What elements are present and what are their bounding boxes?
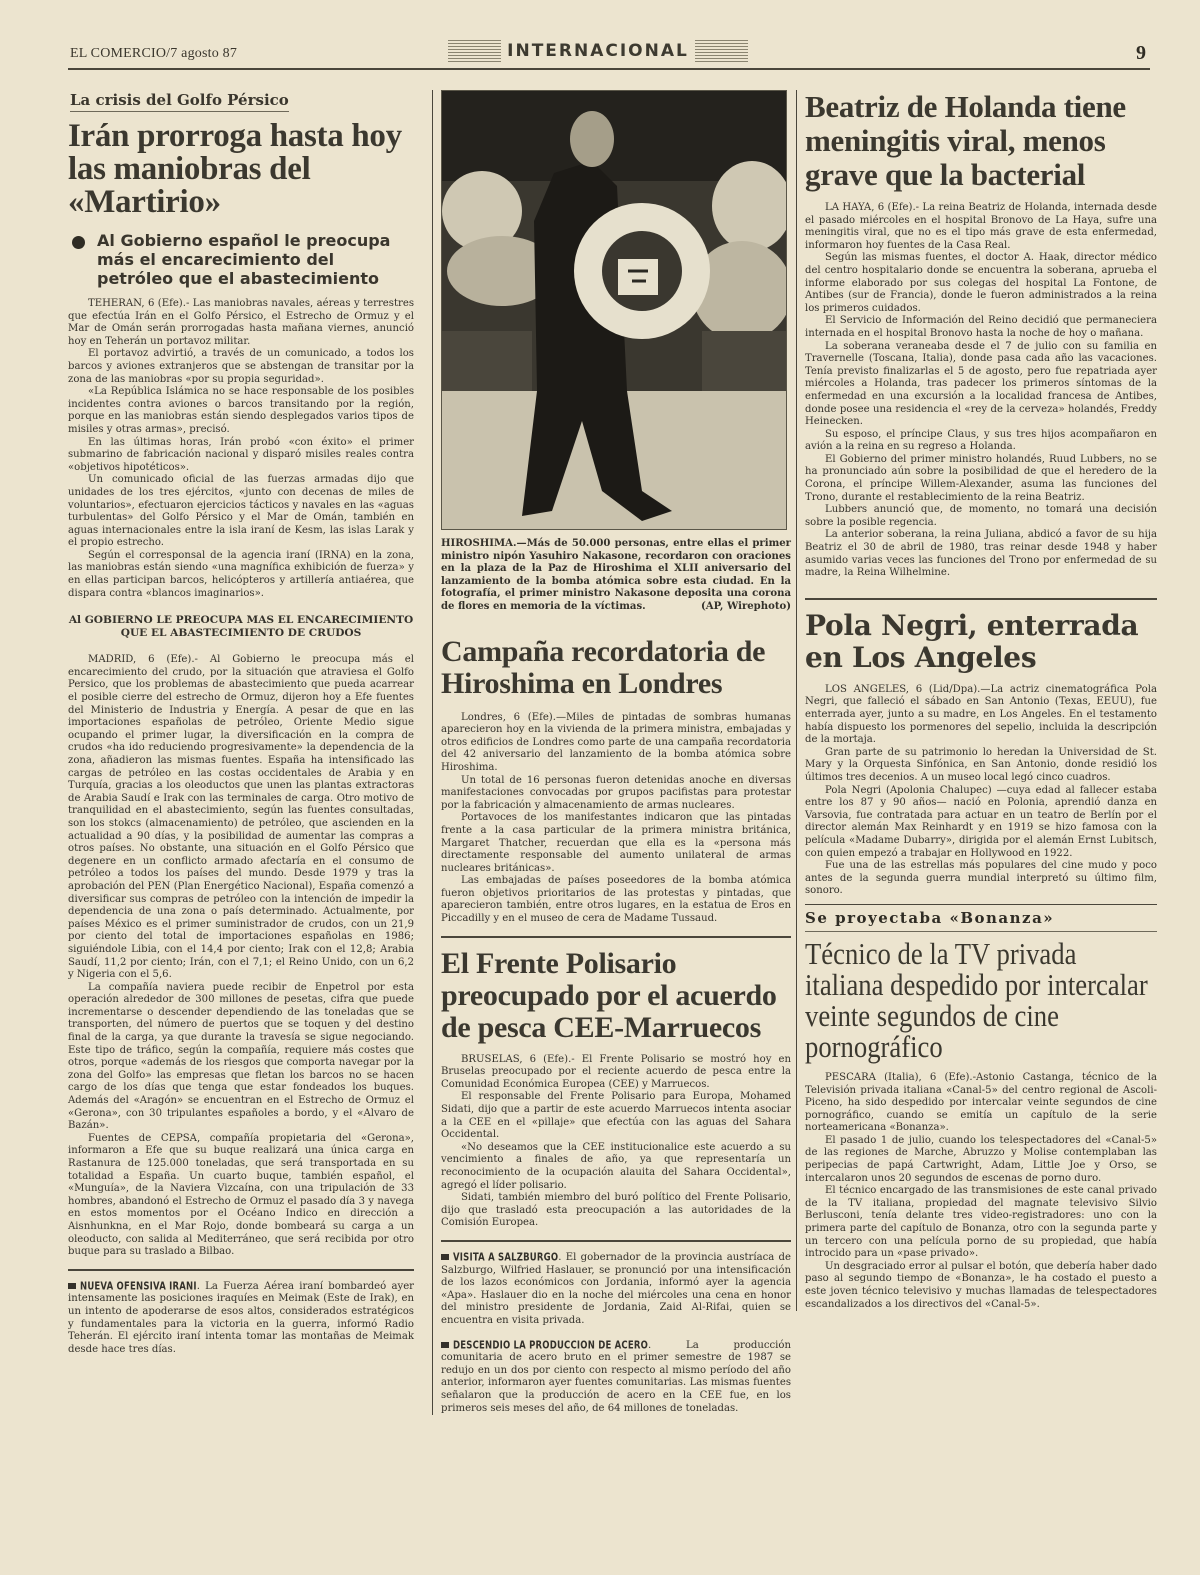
- photo-caption: HIROSHIMA.—Más de 50.000 personas, entre…: [441, 538, 791, 614]
- article-body-polisario: BRUSELAS, 6 (Efe).- El Frente Polisario …: [441, 1054, 791, 1230]
- middle-column: HIROSHIMA.—Más de 50.000 personas, entre…: [432, 90, 791, 1415]
- bullet-icon: [72, 236, 85, 249]
- square-bullet-icon: [441, 1342, 449, 1348]
- square-bullet-icon: [441, 1254, 449, 1260]
- paragraph: PESCARA (Italia), 6 (Efe).-Astonio Casta…: [805, 1072, 1157, 1135]
- left-column: La crisis del Golfo Pérsico Irán prorrog…: [68, 90, 414, 1356]
- right-column: Beatriz de Holanda tiene meningitis vira…: [796, 90, 1157, 1311]
- paragraph: El portavoz advirtió, a través de un com…: [68, 348, 414, 386]
- photo-image: [442, 91, 786, 529]
- paragraph: El técnico encargado de las transmisione…: [805, 1185, 1157, 1261]
- paragraph: Fuentes de CEPSA, compañía propietaria d…: [68, 1133, 414, 1259]
- paragraph: BRUSELAS, 6 (Efe).- El Frente Polisario …: [441, 1054, 791, 1092]
- kicker-golfo: La crisis del Golfo Pérsico: [70, 91, 289, 112]
- brief-label: NUEVA OFENSIVA IRANI: [80, 1279, 197, 1294]
- paragraph: MADRID, 6 (Efe).- Al Gobierno le preocup…: [68, 654, 414, 981]
- paragraph: Según las mismas fuentes, el doctor A. H…: [805, 252, 1157, 315]
- paragraph: Un total de 16 personas fueron detenidas…: [441, 775, 791, 813]
- paragraph: Las embajadas de países poseedores de la…: [441, 875, 791, 925]
- kicker-bonanza: Se proyectaba «Bonanza»: [805, 904, 1157, 932]
- newspaper-page: EL COMERCIO/7 agosto 87 INTERNACIONAL 9 …: [68, 38, 1150, 70]
- paragraph: Pola Negri (Apolonia Chalupec) —cuya eda…: [805, 785, 1157, 861]
- paragraph: TEHERAN, 6 (Efe).- Las maniobras navales…: [68, 298, 414, 348]
- brief-label: DESCENDIO LA PRODUCCION DE ACERO: [453, 1338, 648, 1353]
- brief-label: VISITA A SALZBURGO: [453, 1251, 558, 1266]
- divider: [441, 1240, 791, 1242]
- paragraph: Lubbers anunció que, de momento, no toma…: [805, 504, 1157, 529]
- page-number: 9: [1136, 42, 1146, 65]
- paragraph: LA HAYA, 6 (Efe).- La reina Beatriz de H…: [805, 202, 1157, 252]
- paper-date: EL COMERCIO/7 agosto 87: [70, 46, 237, 62]
- headline-tv-privada: Técnico de la TV privada italiana desped…: [805, 938, 1156, 1062]
- square-bullet-icon: [68, 1283, 76, 1289]
- brief-nueva-ofensiva: NUEVA OFENSIVA IRANI. La Fuerza Aérea ir…: [68, 1281, 414, 1357]
- article-body-iran: TEHERAN, 6 (Efe).- Las maniobras navales…: [68, 298, 414, 1259]
- paragraph: Gran parte de su patrimonio lo heredan l…: [805, 747, 1157, 785]
- paragraph: «La República Islámica no se hace respon…: [68, 386, 414, 436]
- divider: [805, 598, 1157, 600]
- paragraph: Londres, 6 (Efe).—Miles de pintadas de s…: [441, 712, 791, 775]
- headline-hiroshima: Campaña recordatoria de Hiroshima en Lon…: [441, 636, 791, 700]
- divider: [441, 936, 791, 938]
- headline-iran: Irán prorroga hasta hoy las maniobras de…: [68, 120, 414, 219]
- paragraph: El Servicio de Información del Reino dec…: [805, 315, 1157, 340]
- headline-polisario: El Frente Polisario preocupado por el ac…: [441, 948, 791, 1044]
- brief-salzburgo: VISITA A SALZBURGO. El gobernador de la …: [441, 1252, 791, 1328]
- paragraph: Sidati, también miembro del buró polític…: [441, 1192, 791, 1230]
- paragraph: El pasado 1 de julio, cuando los telespe…: [805, 1135, 1157, 1185]
- section-subhead: Al GOBIERNO LE PREOCUPA MAS EL ENCARECIM…: [68, 614, 414, 640]
- paragraph: El responsable del Frente Polisario para…: [441, 1091, 791, 1141]
- divider: [68, 1269, 414, 1271]
- masthead: EL COMERCIO/7 agosto 87 INTERNACIONAL 9: [68, 38, 1150, 70]
- paragraph: En las últimas horas, Irán probó «con éx…: [68, 437, 414, 475]
- article-body-pola-negri: LOS ANGELES, 6 (Lid/Dpa).—La actriz cine…: [805, 684, 1157, 898]
- paragraph: Un comunicado oficial de las fuerzas arm…: [68, 474, 414, 550]
- article-body-hiroshima: Londres, 6 (Efe).—Miles de pintadas de s…: [441, 712, 791, 926]
- paragraph: La anterior soberana, la reina Juliana, …: [805, 529, 1157, 579]
- paragraph: Fue una de las estrellas más populares d…: [805, 860, 1157, 898]
- headline-pola-negri: Pola Negri, enterrada en Los Angeles: [805, 610, 1157, 674]
- paragraph: Su esposo, el príncipe Claus, y sus tres…: [805, 429, 1157, 454]
- photo-nakasone: [441, 90, 787, 530]
- section-banner: INTERNACIONAL: [448, 40, 748, 62]
- caption-text: HIROSHIMA.—Más de 50.000 personas, entre…: [441, 538, 791, 614]
- paragraph: «No deseamos que la CEE institucionalice…: [441, 1142, 791, 1192]
- subheadline-text: Al Gobierno español le preocupa más el e…: [97, 231, 414, 288]
- paragraph: Según el corresponsal de la agencia iran…: [68, 550, 414, 600]
- paragraph: LOS ANGELES, 6 (Lid/Dpa).—La actriz cine…: [805, 684, 1157, 747]
- paragraph: El Gobierno del primer ministro holandés…: [805, 454, 1157, 504]
- article-body-beatriz: LA HAYA, 6 (Efe).- La reina Beatriz de H…: [805, 202, 1157, 580]
- subheadline: Al Gobierno español le preocupa más el e…: [72, 231, 414, 288]
- headline-beatriz: Beatriz de Holanda tiene meningitis vira…: [805, 90, 1157, 192]
- paragraph: Portavoces de los manifestantes indicaro…: [441, 812, 791, 875]
- article-body-tv-privada: PESCARA (Italia), 6 (Efe).-Astonio Casta…: [805, 1072, 1157, 1311]
- photo-credit: (AP, Wirephoto): [701, 601, 791, 614]
- paragraph: La soberana veraneaba desde el 7 de juli…: [805, 341, 1157, 429]
- paragraph: Un desgraciado error al pulsar el botón,…: [805, 1261, 1157, 1311]
- paragraph: La compañía naviera puede recibir de Enp…: [68, 982, 414, 1133]
- brief-acero: DESCENDIO LA PRODUCCION DE ACERO. La pro…: [441, 1340, 791, 1416]
- section-title: INTERNACIONAL: [501, 40, 695, 62]
